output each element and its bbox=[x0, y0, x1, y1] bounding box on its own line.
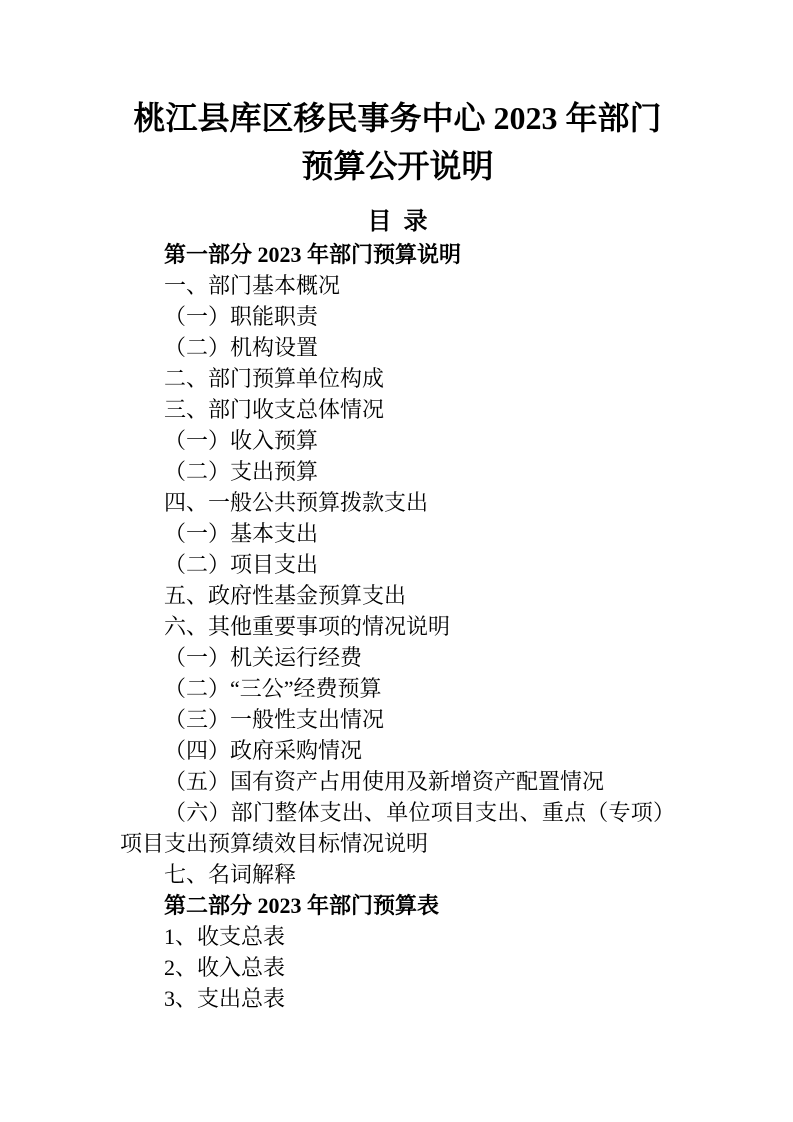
toc-entry: （二）项目支出 bbox=[120, 549, 675, 580]
toc-entry: 五、政府性基金预算支出 bbox=[120, 580, 675, 611]
toc-entry: （二）“三公”经费预算 bbox=[120, 673, 675, 704]
toc-entry: 3、支出总表 bbox=[120, 983, 675, 1014]
document-title-line-2: 预算公开说明 bbox=[120, 142, 675, 190]
toc-entry: 一、部门基本概况 bbox=[120, 270, 675, 301]
toc-entry: 项目支出预算绩效目标情况说明 bbox=[120, 828, 675, 859]
toc-entry: （一）基本支出 bbox=[120, 518, 675, 549]
toc-entry: （二）支出预算 bbox=[120, 456, 675, 487]
toc-entry: （五）国有资产占用使用及新增资产配置情况 bbox=[120, 766, 675, 797]
toc-entry: （四）政府采购情况 bbox=[120, 735, 675, 766]
toc-entry: （一）收入预算 bbox=[120, 425, 675, 456]
toc-entry: 七、名词解释 bbox=[120, 859, 675, 890]
toc-entry: （二）机构设置 bbox=[120, 332, 675, 363]
toc-entry: 第二部分 2023 年部门预算表 bbox=[120, 890, 675, 921]
toc-entry: 三、部门收支总体情况 bbox=[120, 394, 675, 425]
document-page: 桃江县库区移民事务中心 2023 年部门 预算公开说明 目 录 第一部分 202… bbox=[0, 0, 793, 1122]
toc-heading: 目 录 bbox=[120, 206, 675, 239]
toc-entry: 六、其他重要事项的情况说明 bbox=[120, 611, 675, 642]
toc-list: 第一部分 2023 年部门预算说明一、部门基本概况（一）职能职责（二）机构设置二… bbox=[120, 239, 675, 1014]
toc-entry: 2、收入总表 bbox=[120, 952, 675, 983]
toc-entry: （六）部门整体支出、单位项目支出、重点（专项） bbox=[120, 797, 675, 828]
toc-entry: （三）一般性支出情况 bbox=[120, 704, 675, 735]
document-title: 桃江县库区移民事务中心 2023 年部门 预算公开说明 bbox=[120, 0, 675, 190]
toc-entry: 二、部门预算单位构成 bbox=[120, 363, 675, 394]
toc-entry: 第一部分 2023 年部门预算说明 bbox=[120, 239, 675, 270]
document-content: 桃江县库区移民事务中心 2023 年部门 预算公开说明 目 录 第一部分 202… bbox=[0, 0, 793, 1014]
toc-entry: 四、一般公共预算拨款支出 bbox=[120, 487, 675, 518]
toc-entry: （一）机关运行经费 bbox=[120, 642, 675, 673]
toc-entry: （一）职能职责 bbox=[120, 301, 675, 332]
toc-entry: 1、收支总表 bbox=[120, 921, 675, 952]
document-title-line-1: 桃江县库区移民事务中心 2023 年部门 bbox=[120, 94, 675, 142]
